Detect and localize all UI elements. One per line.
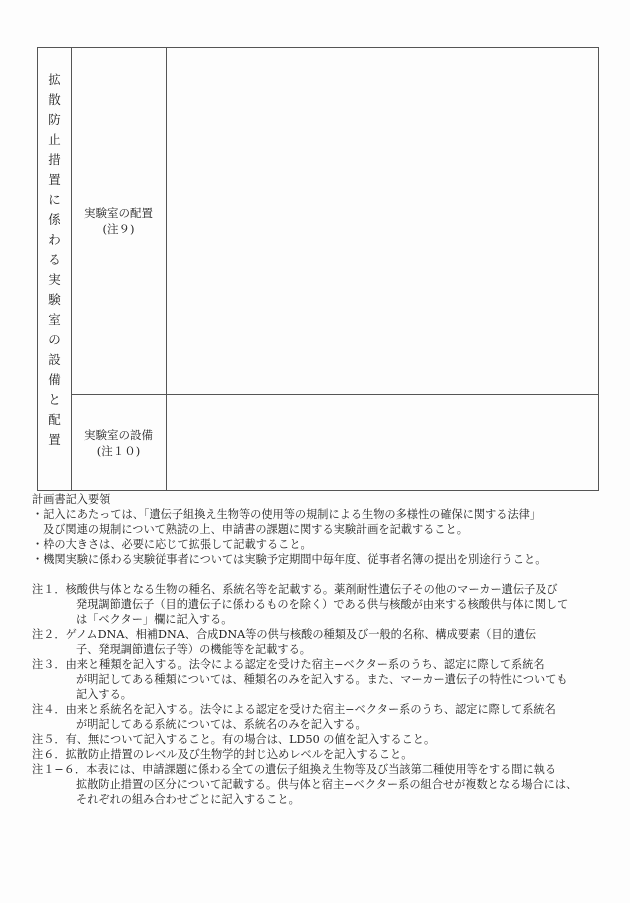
note-6: 注６．拡散防止措置のレベル及び生物学的封じ込めレベルを記入すること。 <box>32 747 624 762</box>
section-label-char: 防 <box>48 110 61 130</box>
section-label-char: 室 <box>48 310 61 330</box>
instructions-section: 計画書記入要領 ・記入にあたっては、「遺伝子組換え生物等の使用等の規制による生物… <box>32 492 624 807</box>
section-label-vertical: 拡散防止措置に係わる実験室の設備と配置 <box>38 48 71 490</box>
note-text: が明記してある種類については、種類名のみを記入する。また、マーカー遺伝子の特性に… <box>32 672 624 687</box>
note-5: 注５．有、無について記入すること。有の場合は、LD50 の値を記入すること。 <box>32 732 624 747</box>
section-label-char: 実 <box>48 270 61 290</box>
section-label-char: の <box>48 330 61 350</box>
section-label-char: 備 <box>48 370 61 390</box>
note-label: 注３． <box>32 657 66 672</box>
note-text: 本表には、申請課題に係わる全ての遺伝子組換え生物等及び当該第二種使用等をする間に… <box>86 762 556 777</box>
note-label: 注１−６． <box>32 762 86 777</box>
note-2: 注２．ゲノムDNA、相補DNA、合成DNA等の供与核酸の種類及び一般的名称、構成… <box>32 627 624 657</box>
section-label-char: 置 <box>48 170 61 190</box>
instruction-bullet: ・記入にあたっては、「遺伝子組換え生物等の使用等の規制による生物の多様性の確保に… <box>32 507 624 522</box>
section-label-char: 配 <box>48 410 61 430</box>
instructions-heading: 計画書記入要領 <box>32 492 624 507</box>
note-text: 拡散防止措置の区分について記載する。供与体と宿主−ベクター系の組合せが複数となる… <box>32 777 624 792</box>
section-label-char: る <box>48 250 61 270</box>
section-label-char: 置 <box>48 430 61 450</box>
section-label-char: 措 <box>48 150 61 170</box>
note-label: 注６． <box>32 747 66 762</box>
note-1: 注１．核酸供与体となる生物の種名、系統名等を記載する。薬剤耐性遺伝子その他のマー… <box>32 582 624 627</box>
note-text: 有、無について記入すること。有の場合は、LD50 の値を記入すること。 <box>66 732 436 747</box>
instruction-bullet-cont: 及び関連の規制について熟読の上、申請書の課題に関する実験計画を記載すること。 <box>32 522 624 537</box>
note-4: 注４．由来と系統名を記入する。法令による認定を受けた宿主−ベクター系のうち、認定… <box>32 702 624 732</box>
lab-layout-input-cell[interactable] <box>166 48 598 394</box>
note-text: 発現調節遺伝子（目的遺伝子に係わるものを除く）である供与核酸が由来する核酸供与体… <box>32 597 624 612</box>
section-label-char: と <box>48 390 61 410</box>
section-label-char: 止 <box>48 130 61 150</box>
section-label-char: わ <box>48 230 61 250</box>
row-label-text: 実験室の設備 <box>84 427 153 443</box>
note-label: 注２． <box>32 627 66 642</box>
note-1-6: 注１−６．本表には、申請課題に係わる全ての遺伝子組換え生物等及び当該第二種使用等… <box>32 762 624 807</box>
note-text: が明記してある系統については、系統名のみを記入する。 <box>32 717 624 732</box>
section-label-char: 散 <box>48 90 61 110</box>
note-text: 由来と種類を記入する。法令による認定を受けた宿主−ベクター系のうち、認定に際して… <box>66 657 545 672</box>
lab-facility-table: 拡散防止措置に係わる実験室の設備と配置 実験室の配置 (注９) 実験室の設備 (… <box>37 47 599 491</box>
note-text: 記入する。 <box>32 687 624 702</box>
note-label: 注４． <box>32 702 66 717</box>
section-label-char: 拡 <box>48 70 61 90</box>
section-label-char: 係 <box>48 210 61 230</box>
note-3: 注３．由来と種類を記入する。法令による認定を受けた宿主−ベクター系のうち、認定に… <box>32 657 624 702</box>
note-text: 拡散防止措置のレベル及び生物学的封じ込めレベルを記入すること。 <box>66 747 413 762</box>
instruction-bullet: ・枠の大きさは、必要に応じて拡張して記載すること。 <box>32 537 624 552</box>
note-text: それぞれの組み合わせごとに記入すること。 <box>32 792 624 807</box>
note-text: 子、発現調節遺伝子等）の機能等を記載する。 <box>32 642 624 657</box>
section-label-char: 設 <box>48 350 61 370</box>
row-label-note: (注９) <box>103 221 135 237</box>
row-label-lab-equipment: 実験室の設備 (注１０) <box>71 395 166 490</box>
note-text: 核酸供与体となる生物の種名、系統名等を記載する。薬剤耐性遺伝子その他のマーカー遺… <box>66 582 558 597</box>
section-label-char: に <box>48 190 61 210</box>
instruction-bullet: ・機関実験に係わる実験従事者については実験予定期間中毎年度、従事者名簿の提出を別… <box>32 552 624 567</box>
note-text: は「ベクター」欄に記入する。 <box>32 612 624 627</box>
note-text: ゲノムDNA、相補DNA、合成DNA等の供与核酸の種類及び一般的名称、構成要素（… <box>66 627 537 642</box>
note-text: 由来と系統名を記入する。法令による認定を受けた宿主−ベクター系のうち、認定に際し… <box>66 702 556 717</box>
row-label-text: 実験室の配置 <box>84 205 153 221</box>
note-label: 注５． <box>32 732 66 747</box>
note-label: 注１． <box>32 582 66 597</box>
row-label-lab-layout: 実験室の配置 (注９) <box>71 48 166 394</box>
lab-equipment-input-cell[interactable] <box>166 395 598 490</box>
row-label-note: (注１０) <box>97 443 140 459</box>
section-label-char: 験 <box>48 290 61 310</box>
